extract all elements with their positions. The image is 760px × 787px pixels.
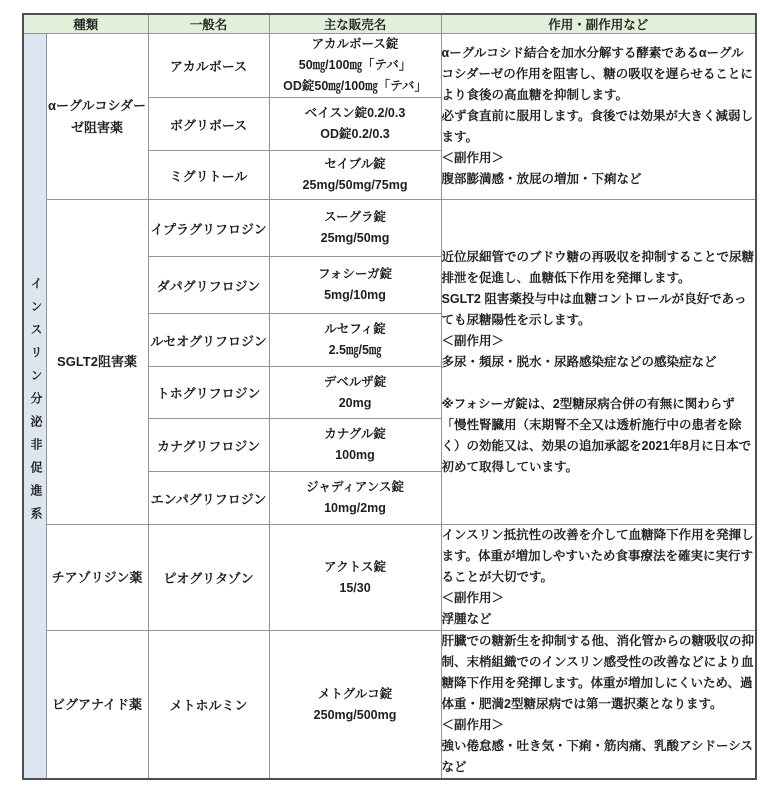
header-type: 種類: [23, 14, 148, 34]
table-row: インスリン分泌非促進系 αーグルコシダー ゼ阻害薬 アカルボース アカルボース錠…: [23, 34, 756, 98]
header-brand-name: 主な販売名: [269, 14, 441, 34]
effects-cell-sglt2: 近位尿細管でのブドウ糖の再吸収を抑制することで尿糖排泄を促進し、血糖低下作用を発…: [441, 200, 756, 525]
generic-cell: メトホルミン: [148, 631, 269, 780]
generic-cell: エンパグリフロジン: [148, 472, 269, 525]
header-effects: 作用・副作用など: [441, 14, 756, 34]
type-cell-sglt2: SGLT2阻害薬: [46, 200, 148, 525]
generic-cell: トホグリフロジン: [148, 367, 269, 419]
drug-table: 種類 一般名 主な販売名 作用・副作用など インスリン分泌非促進系 αーグルコシ…: [22, 13, 757, 780]
brand-cell: アクトス錠 15/30: [269, 525, 441, 631]
brand-cell: アカルボース錠 50㎎/100㎎「テバ」 OD錠50㎎/100㎎「テバ」: [269, 34, 441, 98]
type-cell-alpha-glucosidase: αーグルコシダー ゼ阻害薬: [46, 34, 148, 200]
effects-cell-biguanide: 肝臓での糖新生を抑制する他、消化管からの糖吸収の抑制、末梢組織でのインスリン感受…: [441, 631, 756, 780]
type-cell-thiazolidine: チアゾリジン薬: [46, 525, 148, 631]
side-label-cell: インスリン分泌非促進系: [23, 34, 46, 780]
type-cell-biguanide: ビグアナイド薬: [46, 631, 148, 780]
table-row: チアゾリジン薬 ピオグリタゾン アクトス錠 15/30 インスリン抵抗性の改善を…: [23, 525, 756, 631]
table-row: SGLT2阻害薬 イプラグリフロジン スーグラ錠 25mg/50mg 近位尿細管…: [23, 200, 756, 257]
brand-cell: セイブル錠 25mg/50mg/75mg: [269, 151, 441, 200]
brand-cell: メトグルコ錠 250mg/500mg: [269, 631, 441, 780]
effects-cell-alpha-glucosidase: αーグルコシド結合を加水分解する酵素であるαーグルコシダーゼの作用を阻害し、糖の…: [441, 34, 756, 200]
generic-cell: ボグリボース: [148, 98, 269, 151]
brand-cell: スーグラ錠 25mg/50mg: [269, 200, 441, 257]
brand-cell: ジャディアンス錠 10mg/2mg: [269, 472, 441, 525]
side-label: インスリン分泌非促進系: [24, 277, 46, 530]
brand-cell: カナグル錠 100mg: [269, 419, 441, 472]
brand-cell: フォシーガ錠 5mg/10mg: [269, 257, 441, 314]
brand-cell: デベルザ錠 20mg: [269, 367, 441, 419]
generic-cell: カナグリフロジン: [148, 419, 269, 472]
table-row: ビグアナイド薬 メトホルミン メトグルコ錠 250mg/500mg 肝臓での糖新…: [23, 631, 756, 780]
generic-cell: ルセオグリフロジン: [148, 314, 269, 367]
generic-cell: ダパグリフロジン: [148, 257, 269, 314]
generic-cell: アカルボース: [148, 34, 269, 98]
drug-table-sheet: 種類 一般名 主な販売名 作用・副作用など インスリン分泌非促進系 αーグルコシ…: [22, 13, 757, 780]
generic-cell: イプラグリフロジン: [148, 200, 269, 257]
generic-cell: ミグリトール: [148, 151, 269, 200]
header-generic-name: 一般名: [148, 14, 269, 34]
header-row: 種類 一般名 主な販売名 作用・副作用など: [23, 14, 756, 34]
generic-cell: ピオグリタゾン: [148, 525, 269, 631]
effects-cell-thiazolidine: インスリン抵抗性の改善を介して血糖降下作用を発揮します。体重が増加しやすいため食…: [441, 525, 756, 631]
brand-cell: ベイスン錠0.2/0.3 OD錠0.2/0.3: [269, 98, 441, 151]
brand-cell: ルセフィ錠 2.5㎎/5㎎: [269, 314, 441, 367]
